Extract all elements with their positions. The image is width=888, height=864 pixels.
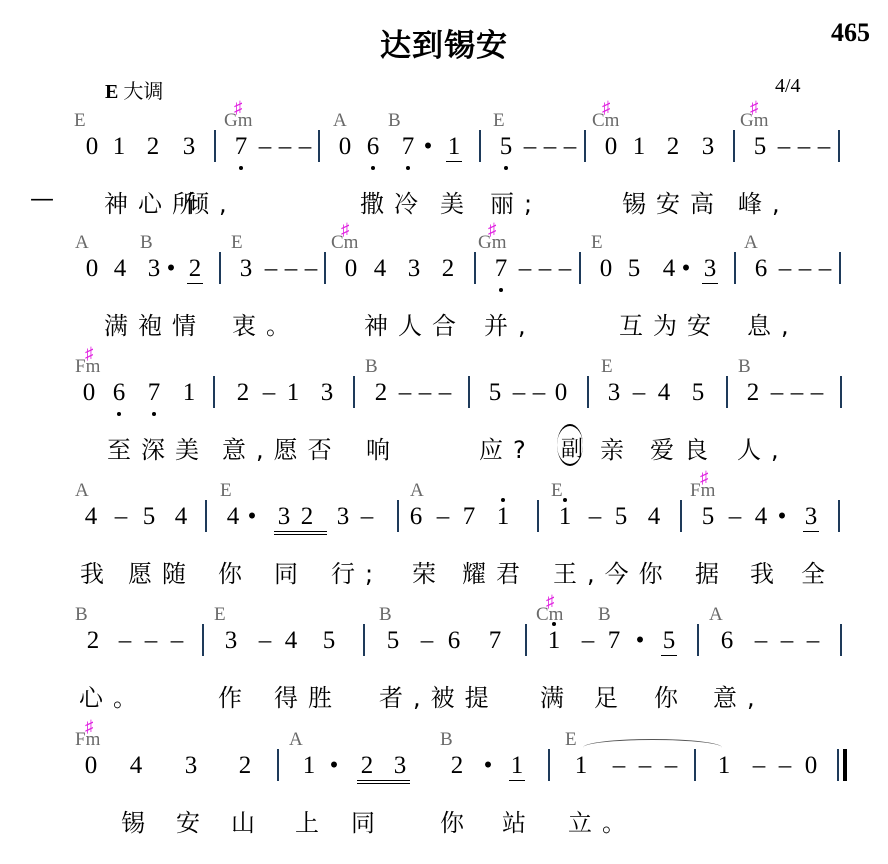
barline xyxy=(734,252,736,284)
barline xyxy=(548,749,550,781)
chord-symbol: A xyxy=(744,232,758,254)
lyric: 美 xyxy=(440,184,474,219)
sustain-dash: – xyxy=(786,378,808,408)
barline xyxy=(726,376,728,408)
note: 3 xyxy=(389,751,411,781)
sustain-dash: – xyxy=(813,132,835,162)
note: 3 xyxy=(316,378,338,408)
sustain-dash: – xyxy=(802,626,824,656)
note: 5 xyxy=(749,132,771,162)
note: 2 xyxy=(446,751,468,781)
note: 0 xyxy=(550,378,572,408)
lyric: 站 xyxy=(502,803,536,838)
chord-symbol: Cm♯ xyxy=(592,110,619,132)
sustain-dash: – xyxy=(280,254,302,284)
chord-symbol: Fm♯ xyxy=(690,480,715,502)
barline xyxy=(697,624,699,656)
eighth-underline xyxy=(446,161,462,162)
sustain-dash: – xyxy=(274,132,296,162)
note: 2 xyxy=(296,502,318,532)
sustain-dash: – xyxy=(260,254,282,284)
note: 7 xyxy=(397,132,419,162)
sustain-dash: – xyxy=(554,254,576,284)
high-octave-dot xyxy=(552,622,556,626)
note: 2 xyxy=(437,254,459,284)
sustain-dash: – xyxy=(519,132,541,162)
lyric: 峰, xyxy=(738,184,790,219)
chord-symbol: B xyxy=(365,356,378,378)
lyric: 者,被提 xyxy=(379,678,499,713)
note: 0 xyxy=(600,132,622,162)
barline xyxy=(838,130,840,162)
note: 5 xyxy=(318,626,340,656)
chord-symbol: B xyxy=(75,604,88,626)
lyric: 满袍情 xyxy=(104,306,206,341)
note: 1 xyxy=(178,378,200,408)
score-row: ABECm♯Gm♯EA043•23–––04327–––054•36–––满袍情… xyxy=(0,232,888,352)
lyric: 同 xyxy=(274,554,308,589)
note: 2 xyxy=(234,751,256,781)
lyric: 耀君 xyxy=(462,554,530,589)
chord-symbol: A xyxy=(410,480,424,502)
sustain-dash: – xyxy=(140,626,162,656)
sharp-icon: ♯ xyxy=(85,717,94,737)
sustain-dash: – xyxy=(539,132,561,162)
note: 0 xyxy=(80,751,102,781)
chorus-bracket xyxy=(557,424,583,466)
chord-symbol: B xyxy=(379,604,392,626)
barline xyxy=(584,130,586,162)
score-row: Fm♯BEB06712–132–––5––03–452–––至深美意,愿否响应?… xyxy=(0,356,888,476)
augmentation-dot: • xyxy=(481,751,495,781)
sustain-dash: – xyxy=(254,132,276,162)
note: 7 xyxy=(458,502,480,532)
lyric: 立。 xyxy=(568,803,636,838)
chord-symbol: E xyxy=(220,480,232,502)
lyric: 足 xyxy=(594,678,628,713)
note: 1 xyxy=(492,502,514,532)
note: 3 xyxy=(697,132,719,162)
note: 6 xyxy=(405,502,427,532)
note: 0 xyxy=(800,751,822,781)
barline xyxy=(839,252,841,284)
chord-symbol: E xyxy=(601,356,613,378)
sustain-dash: – xyxy=(254,626,276,656)
sustain-dash: – xyxy=(416,626,438,656)
augmentation-dot: • xyxy=(775,502,789,532)
note: 0 xyxy=(334,132,356,162)
lyric: 行; xyxy=(331,554,383,589)
note: 5 xyxy=(623,254,645,284)
barline xyxy=(587,376,589,408)
chord-symbol: Gm♯ xyxy=(478,232,507,254)
note: 6 xyxy=(750,254,772,284)
barline xyxy=(680,500,682,532)
chord-symbol: A xyxy=(709,604,723,626)
sustain-dash: – xyxy=(559,132,581,162)
note: 7 xyxy=(603,626,625,656)
barline xyxy=(838,500,840,532)
sharp-icon: ♯ xyxy=(488,220,497,240)
barline xyxy=(840,624,842,656)
note: 3 xyxy=(603,378,625,408)
low-octave-dot xyxy=(504,166,508,170)
chord-symbol: E xyxy=(565,729,577,751)
sustain-dash: – xyxy=(577,626,599,656)
verse-dash: — xyxy=(30,184,54,212)
note: 1 xyxy=(628,132,650,162)
sustain-dash: – xyxy=(258,378,280,408)
chord-symbol: A xyxy=(75,232,89,254)
lyric: 王,今你 xyxy=(553,554,673,589)
sustain-dash: – xyxy=(528,378,550,408)
low-octave-dot xyxy=(117,412,121,416)
chord-symbol: Cm♯ xyxy=(536,604,563,626)
note: 3 xyxy=(699,254,721,284)
lyric: 至深美 xyxy=(107,430,209,465)
lyric: 你 xyxy=(654,678,688,713)
barline xyxy=(397,500,399,532)
chord-symbol: Gm♯ xyxy=(740,110,769,132)
lyric: 人, xyxy=(737,430,789,465)
chord-symbol: Fm♯ xyxy=(75,729,100,751)
chord-symbol: Fm♯ xyxy=(75,356,100,378)
note: 7 xyxy=(490,254,512,284)
note: 6 xyxy=(443,626,465,656)
note: 4 xyxy=(653,378,675,408)
note: 1 xyxy=(298,751,320,781)
augmentation-dot: • xyxy=(245,502,259,532)
note: 4 xyxy=(222,502,244,532)
lyric: 亲 xyxy=(600,430,634,465)
lyric: 你 xyxy=(440,803,474,838)
sustain-dash: – xyxy=(514,254,536,284)
note: 1 xyxy=(443,132,465,162)
chord-symbol: E xyxy=(551,480,563,502)
note: 0 xyxy=(340,254,362,284)
lyric: 撒冷 xyxy=(360,184,428,219)
note: 7 xyxy=(143,378,165,408)
sustain-dash: – xyxy=(534,254,556,284)
sharp-icon: ♯ xyxy=(750,98,759,118)
chord-symbol: Cm♯ xyxy=(331,232,358,254)
lyric: 息, xyxy=(747,306,799,341)
sustain-dash: – xyxy=(776,626,798,656)
lyric: 我 xyxy=(750,554,784,589)
lyric: 响 xyxy=(366,430,400,465)
high-octave-dot xyxy=(563,498,567,502)
key-signature: E 大调 xyxy=(105,75,163,104)
note: 4 xyxy=(643,502,665,532)
note: 5 xyxy=(658,626,680,656)
lyric: 安 xyxy=(176,803,210,838)
augmentation-dot: • xyxy=(327,751,341,781)
note: 3 xyxy=(273,502,295,532)
tie-arc xyxy=(583,739,722,756)
sharp-icon: ♯ xyxy=(85,344,94,364)
note: 0 xyxy=(81,254,103,284)
hymn-number: 465 xyxy=(831,18,870,48)
sharp-icon: ♯ xyxy=(546,592,555,612)
eighth-underline xyxy=(661,655,677,656)
lyric: 你 xyxy=(218,554,252,589)
note: 3 xyxy=(180,751,202,781)
note: 5 xyxy=(495,132,517,162)
low-octave-dot xyxy=(239,166,243,170)
note: 1 xyxy=(506,751,528,781)
note: 3 xyxy=(403,254,425,284)
note: 5 xyxy=(697,502,719,532)
note: 4 xyxy=(80,502,102,532)
sustain-dash: – xyxy=(748,751,770,781)
key-letter: E xyxy=(105,81,118,103)
lyric: 作 xyxy=(218,678,252,713)
note: 1 xyxy=(108,132,130,162)
chord-symbol: B xyxy=(738,356,751,378)
lyric: 应? xyxy=(479,430,536,465)
sustain-dash: – xyxy=(300,254,322,284)
barline xyxy=(579,252,581,284)
song-title: 达到锡安 xyxy=(0,20,888,65)
sustain-dash: – xyxy=(508,378,530,408)
lyric: 意,愿否 xyxy=(222,430,342,465)
score-row: EGm♯ABECm♯Gm♯01237–––067•15–––01235–––神心… xyxy=(0,110,888,230)
note: 1 xyxy=(543,626,565,656)
chord-symbol: B xyxy=(440,729,453,751)
note: 0 xyxy=(78,378,100,408)
lyric: 愿随 xyxy=(128,554,196,589)
sustain-dash: – xyxy=(773,132,795,162)
lyric: 上 xyxy=(295,803,329,838)
lyric: 锡 xyxy=(121,803,155,838)
sustain-dash: – xyxy=(774,751,796,781)
lyric: 意, xyxy=(713,678,765,713)
note: 2 xyxy=(356,751,378,781)
sustain-dash: – xyxy=(114,626,136,656)
eighth-underline xyxy=(509,780,525,781)
barline xyxy=(214,130,216,162)
lyric: 互为安 xyxy=(619,306,721,341)
sustain-dash: – xyxy=(628,378,650,408)
note: 3 xyxy=(332,502,354,532)
sustain-dash: – xyxy=(750,626,772,656)
lyric: 衷。 xyxy=(232,306,300,341)
sustain-dash: – xyxy=(766,378,788,408)
barline xyxy=(474,252,476,284)
chord-symbol: A xyxy=(289,729,303,751)
chord-symbol: E xyxy=(214,604,226,626)
note: 3 xyxy=(220,626,242,656)
sustain-dash: – xyxy=(774,254,796,284)
sharp-icon: ♯ xyxy=(234,98,243,118)
augmentation-dot: • xyxy=(679,254,693,284)
lyric: 并, xyxy=(484,306,536,341)
barline xyxy=(525,624,527,656)
chord-symbol: E xyxy=(231,232,243,254)
note: 4 xyxy=(125,751,147,781)
lyric: 锡安高 xyxy=(622,184,724,219)
lyric: 得胜 xyxy=(274,678,342,713)
barline xyxy=(837,749,839,781)
sustain-dash: – xyxy=(110,502,132,532)
chord-symbol: E xyxy=(74,110,86,132)
note: 5 xyxy=(138,502,160,532)
note: 3 xyxy=(800,502,822,532)
barline xyxy=(537,500,539,532)
note: 5 xyxy=(610,502,632,532)
barline xyxy=(468,376,470,408)
lyric: 荣 xyxy=(412,554,446,589)
note: 5 xyxy=(687,378,709,408)
low-octave-dot xyxy=(152,412,156,416)
score-row: BEBCm♯BA2–––3–455–671–7•56–––心。作得胜者,被提满足… xyxy=(0,604,888,724)
sustain-dash: – xyxy=(793,132,815,162)
barline xyxy=(733,130,735,162)
note: 7 xyxy=(484,626,506,656)
note: 6 xyxy=(362,132,384,162)
lyric: 倾, xyxy=(185,184,237,219)
lyric: 丽; xyxy=(490,184,542,219)
lyric: 据 xyxy=(695,554,729,589)
lyric: 山 xyxy=(231,803,265,838)
augmentation-dot: • xyxy=(421,132,435,162)
final-barline xyxy=(843,749,847,781)
sustain-dash: – xyxy=(432,502,454,532)
sharp-icon: ♯ xyxy=(700,468,709,488)
note: 2 xyxy=(370,378,392,408)
note: 3 xyxy=(178,132,200,162)
note: 7 xyxy=(230,132,252,162)
high-octave-dot xyxy=(501,498,505,502)
note: 4 xyxy=(280,626,302,656)
low-octave-dot xyxy=(499,288,503,292)
note: 2 xyxy=(232,378,254,408)
lyric: 我 xyxy=(80,554,114,589)
augmentation-dot: • xyxy=(164,254,178,284)
sustain-dash: – xyxy=(356,502,378,532)
chord-symbol: E xyxy=(591,232,603,254)
lyric: 满 xyxy=(540,678,574,713)
note: 2 xyxy=(742,378,764,408)
lyric: 全 xyxy=(801,554,835,589)
note: 4 xyxy=(170,502,192,532)
eighth-underline xyxy=(803,531,819,532)
note: 6 xyxy=(108,378,130,408)
lyric: 同 xyxy=(351,803,385,838)
chord-symbol: B xyxy=(388,110,401,132)
lyric: 心。 xyxy=(79,678,147,713)
note: 1 xyxy=(282,378,304,408)
note: 1 xyxy=(554,502,576,532)
note: 4 xyxy=(369,254,391,284)
note: 5 xyxy=(484,378,506,408)
eighth-underline xyxy=(187,283,203,284)
sharp-icon: ♯ xyxy=(341,220,350,240)
sustain-dash: – xyxy=(166,626,188,656)
chord-symbol: B xyxy=(598,604,611,626)
note: 4 xyxy=(658,254,680,284)
barline xyxy=(353,376,355,408)
note: 3 xyxy=(235,254,257,284)
key-label: 大调 xyxy=(123,81,163,103)
note: 2 xyxy=(662,132,684,162)
barline xyxy=(318,130,320,162)
barline xyxy=(324,252,326,284)
score-row: AEAEFm♯4–544•323–6–711–545–4•3我愿随你同行;荣耀君… xyxy=(0,480,888,600)
barline xyxy=(479,130,481,162)
chorus-marker: 副 xyxy=(561,432,583,463)
eighth-underline xyxy=(702,283,718,284)
time-signature: 4/4 xyxy=(775,75,801,98)
augmentation-dot: • xyxy=(633,626,647,656)
note: 0 xyxy=(595,254,617,284)
sustain-dash: – xyxy=(814,254,836,284)
sustain-dash: – xyxy=(724,502,746,532)
note: 2 xyxy=(82,626,104,656)
barline xyxy=(213,376,215,408)
score-row: Fm♯ABE04321•232•11–––1––0锡安山上同你站立。 xyxy=(0,729,888,849)
note: 4 xyxy=(750,502,772,532)
chord-symbol: A xyxy=(75,480,89,502)
note: 0 xyxy=(81,132,103,162)
low-octave-dot xyxy=(371,166,375,170)
sustain-dash: – xyxy=(434,378,456,408)
note: 4 xyxy=(109,254,131,284)
note: 6 xyxy=(716,626,738,656)
low-octave-dot xyxy=(406,166,410,170)
note: 2 xyxy=(142,132,164,162)
lyric: 爱良 xyxy=(650,430,718,465)
barline xyxy=(219,252,221,284)
lyric: 神人合 xyxy=(364,306,466,341)
sustain-dash: – xyxy=(794,254,816,284)
barline xyxy=(363,624,365,656)
barline xyxy=(205,500,207,532)
barline xyxy=(840,376,842,408)
note: 3 xyxy=(143,254,165,284)
chord-symbol: Gm♯ xyxy=(224,110,253,132)
chord-symbol: B xyxy=(140,232,153,254)
sustain-dash: – xyxy=(394,378,416,408)
sustain-dash: – xyxy=(584,502,606,532)
chord-symbol: A xyxy=(333,110,347,132)
note: 5 xyxy=(382,626,404,656)
chord-symbol: E xyxy=(493,110,505,132)
sharp-icon: ♯ xyxy=(602,98,611,118)
barline xyxy=(277,749,279,781)
sustain-dash: – xyxy=(294,132,316,162)
note: 2 xyxy=(184,254,206,284)
sustain-dash: – xyxy=(806,378,828,408)
barline xyxy=(202,624,204,656)
sustain-dash: – xyxy=(414,378,436,408)
